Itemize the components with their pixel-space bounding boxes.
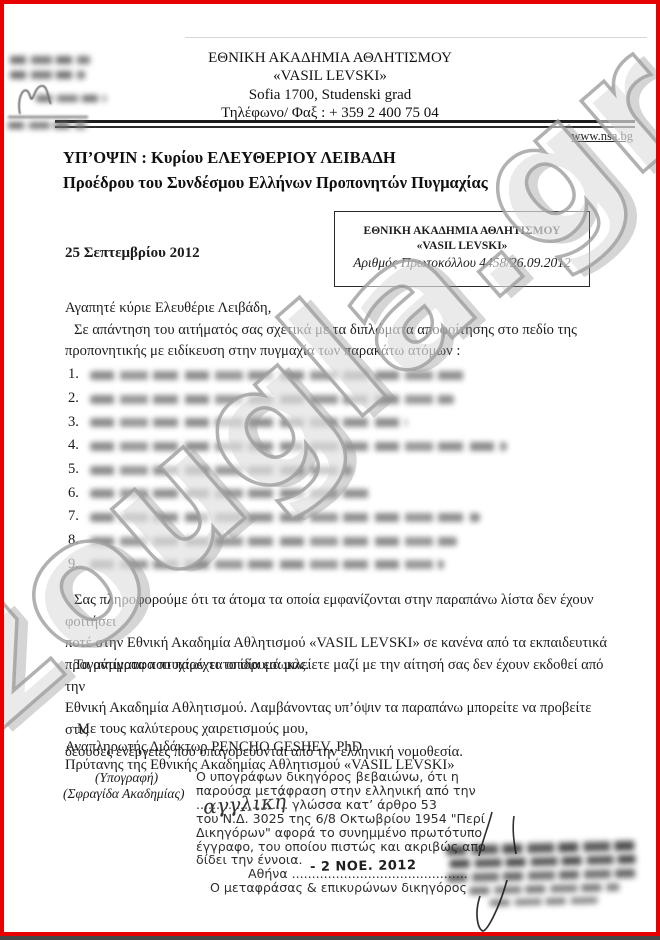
- certification-translator-line: Ο μεταφράσας & επικυρώνων δικηγόρος: [210, 881, 501, 895]
- paragraph-line: ποτέ στην Εθνική Ακαδημία Αθλητισμού «VA…: [65, 633, 617, 655]
- list-item: 7.: [68, 505, 608, 529]
- redacted-name-bar: [90, 371, 467, 380]
- redacted-name-bar: [90, 466, 352, 475]
- letter-date: 25 Σεπτεμβρίου 2012: [65, 245, 200, 262]
- blurred-stamp-line: [8, 116, 88, 118]
- blurred-stamp-row: [36, 95, 106, 102]
- redacted-name-bar: [90, 489, 370, 498]
- list-item: 9.: [68, 553, 608, 577]
- org-name: ΕΘΝΙΚΗ ΑΚΑΔΗΜΙΑ ΑΘΛΗΤΙΣΜΟΥ: [100, 49, 560, 67]
- blurred-stamp-row: [10, 56, 90, 64]
- recipient-block: ΥΠ’ΟΨΙΝ : Κυρίου ΕΛΕΥΘΕΡΙΟΥ ΛΕΙΒΑΔΗ Προέ…: [63, 146, 623, 195]
- certification-line: έγγραφο, του οποίου πιστώς και ακριβώς α…: [196, 840, 501, 854]
- date-stamp: - 2 ΝΟΕ. 2012: [310, 858, 417, 875]
- list-number: 8.: [68, 532, 88, 549]
- list-item: 5.: [68, 458, 608, 482]
- signature-label: (Υπογραφή): [95, 770, 158, 786]
- redacted-name-bar: [90, 418, 407, 427]
- list-number: 4.: [68, 437, 88, 454]
- blurred-registry-stamp: [0, 0, 160, 140]
- list-number: 1.: [68, 366, 88, 383]
- certification-stamp-text: Ο υπογράφων δικηγόρος βεβαιώνω, ότι η πα…: [196, 770, 501, 895]
- blurred-stamp-row: [8, 122, 86, 129]
- protocol-box: ΕΘΝΙΚΗ ΑΚΑΔΗΜΙΑ ΑΘΛΗΤΙΣΜΟΥ «VASIL LEVSKI…: [334, 211, 590, 287]
- list-number: 3.: [68, 414, 88, 431]
- paragraph-line: Τα αντίγραφα πτυχίων τα οποία εσωκλείετε…: [65, 655, 617, 698]
- protocol-number: Αριθμός Πρωτοκόλλου 4458/26.09.2012: [335, 254, 589, 272]
- redacted-name-bar: [90, 442, 507, 451]
- redacted-name-bar: [90, 537, 457, 546]
- paragraph-line: Σας πληροφορούμε ότι τα άτομα τα οποία ε…: [65, 590, 617, 633]
- list-item: 1.: [68, 363, 608, 387]
- list-item: 3.: [68, 410, 608, 434]
- recipient-role: Προέδρου του Συνδέσμου Ελλήνων Προπονητώ…: [63, 171, 623, 196]
- protocol-org-quoted: «VASIL LEVSKI»: [335, 239, 589, 254]
- list-item: 8.: [68, 529, 608, 553]
- list-number: 5.: [68, 461, 88, 478]
- certification-line: Ο υπογράφων δικηγόρος βεβαιώνω, ότι η: [196, 770, 501, 784]
- org-name-quoted: «VASIL LEVSKI»: [100, 67, 560, 85]
- seal-label: (Σφραγίδα Ακαδημίας): [63, 786, 185, 802]
- list-item: 6.: [68, 481, 608, 505]
- list-number: 2.: [68, 390, 88, 407]
- intro-line: προπονητικής με ειδίκευση στην πυγμαχία …: [65, 341, 617, 363]
- redacted-name-bar: [90, 513, 480, 522]
- list-item: 2.: [68, 387, 608, 411]
- redacted-name-bar: [90, 395, 454, 404]
- org-address: Sofia 1700, Studenski grad: [100, 86, 560, 104]
- letterhead: ΕΘΝΙΚΗ ΑΚΑΔΗΜΙΑ ΑΘΛΗΤΙΣΜΟΥ «VASIL LEVSKI…: [100, 49, 560, 122]
- closing-regards: Με τους καλύτερους χαιρετισμούς μου,: [65, 720, 455, 738]
- certification-line: Δικηγόρων" αφορά το συνημμένο πρωτότυπο: [196, 826, 501, 840]
- recipient-attn: ΥΠ’ΟΨΙΝ : Κυρίου ΕΛΕΥΘΕΡΙΟΥ ΛΕΙΒΑΔΗ: [63, 146, 623, 171]
- list-item: 4.: [68, 434, 608, 458]
- scan-artifact-line: [185, 37, 647, 38]
- list-number: 9.: [68, 556, 88, 573]
- diploma-list: 1. 2. 3. 4. 5. 6. 7. 8. 9.: [68, 363, 608, 576]
- intro-line: Σε απάντηση του αιτήματός σας σχετικά με…: [65, 320, 617, 342]
- redacted-name-bar: [90, 560, 444, 569]
- protocol-org: ΕΘΝΙΚΗ ΑΚΑΔΗΜΙΑ ΑΘΛΗΤΙΣΜΟΥ: [335, 224, 589, 239]
- website-link: www.nsa.bg: [433, 129, 633, 144]
- list-number: 7.: [68, 508, 88, 525]
- greeting-paragraph: Αγαπητέ κύριε Ελευθέριε Λειβάδη, Σε απάν…: [65, 298, 617, 363]
- signer-name: Αναπληρωτής Διδάκτωρ PENCHO GESHEV, PhD: [65, 738, 455, 756]
- salutation: Αγαπητέ κύριε Ελευθέριε Λειβάδη,: [65, 298, 617, 320]
- closing-block: Με τους καλύτερους χαιρετισμούς μου, Ανα…: [65, 720, 455, 775]
- list-number: 6.: [68, 485, 88, 502]
- bottom-edge-bar: [0, 936, 660, 940]
